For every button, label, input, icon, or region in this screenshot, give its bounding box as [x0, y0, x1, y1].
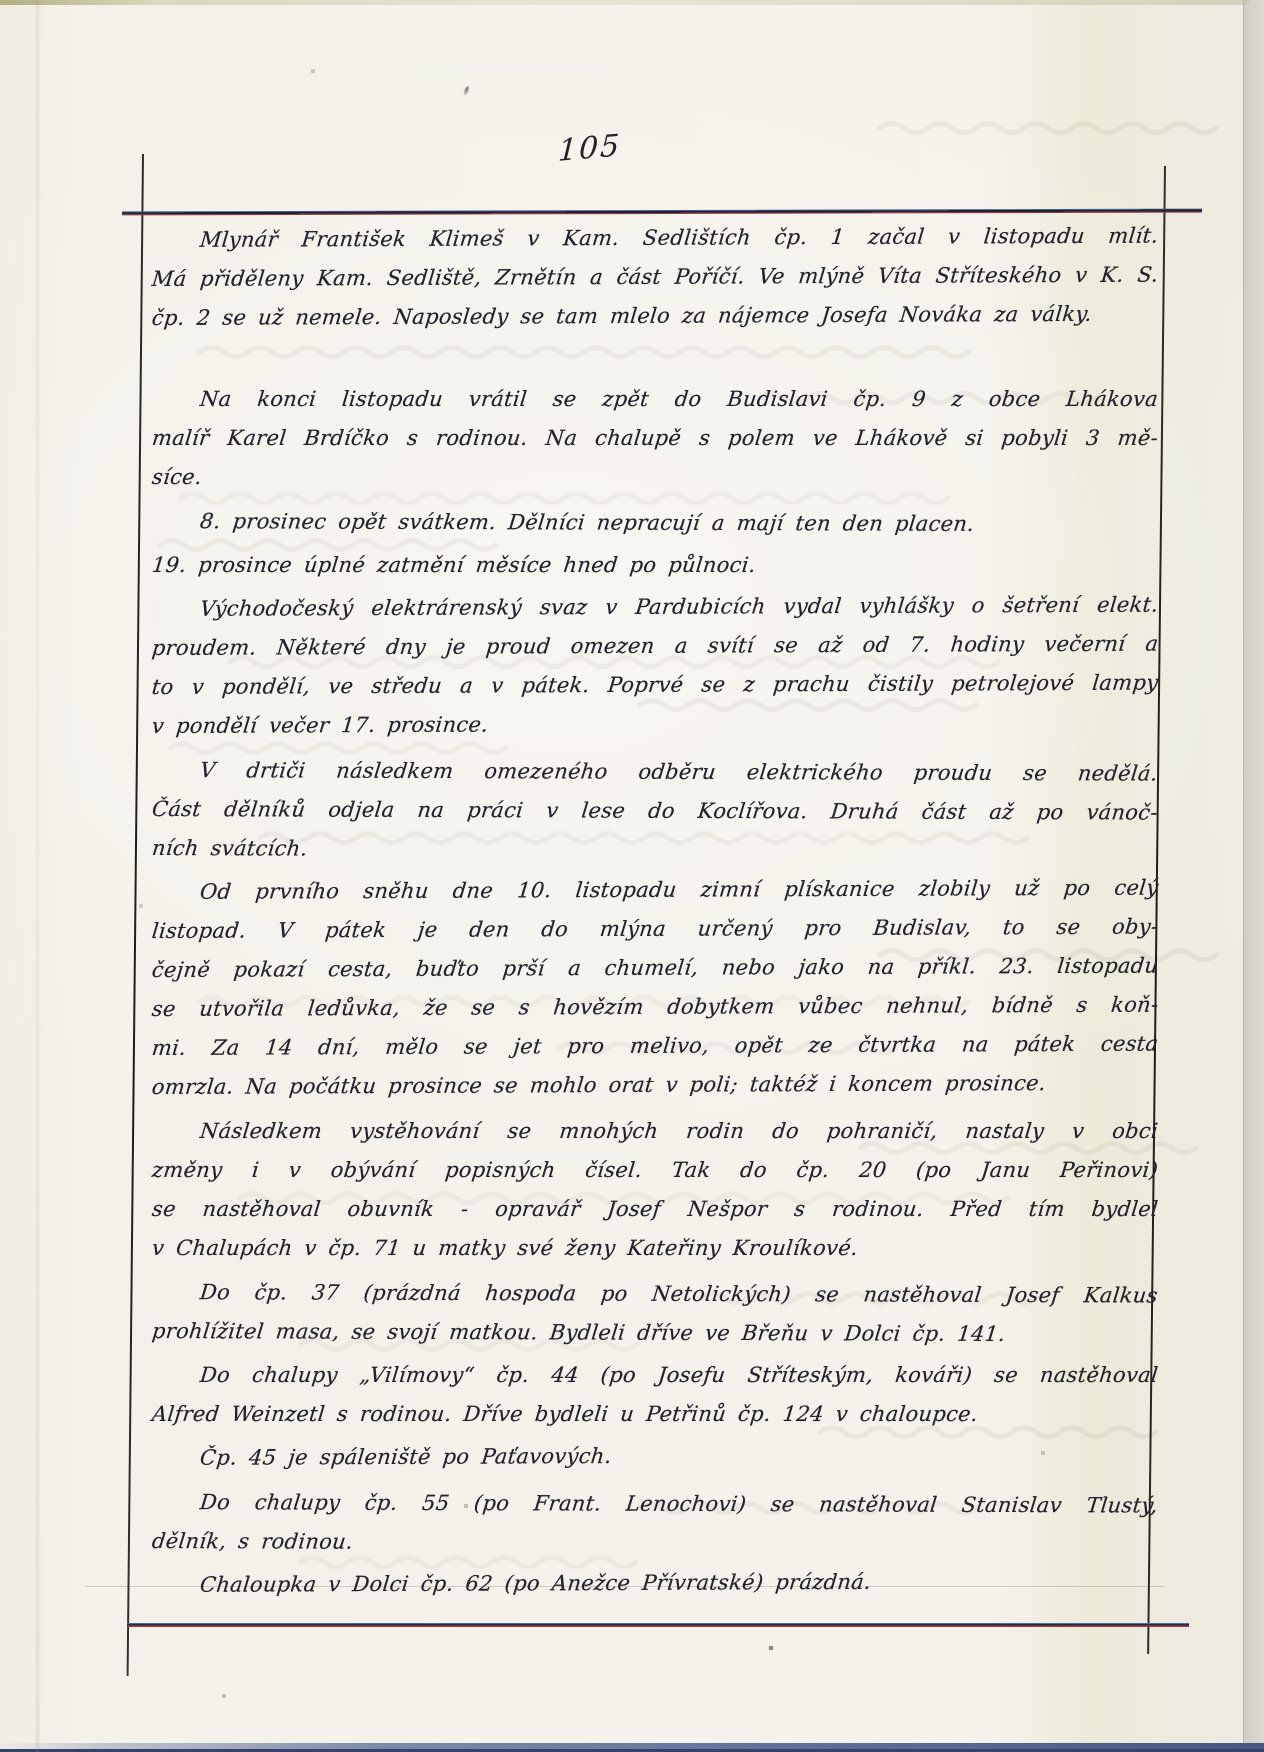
text-line: ních svátcích.	[150, 829, 1160, 872]
paragraph: Od prvního sněhu dne 10. listopadu zimní…	[150, 873, 1156, 1107]
scan-edge-right	[1243, 0, 1264, 1752]
paragraph: Na konci listopadu vrátil se zpět do Bud…	[150, 380, 1156, 497]
paragraph: V drtiči následkem omezeného odběru elek…	[150, 751, 1156, 868]
text-line: Mlynář František Klimeš v Kam. Sedlištíc…	[150, 217, 1160, 260]
text-line: proudem. Některé dny je proud omezen a s…	[150, 625, 1160, 668]
page-number: 105	[557, 131, 622, 167]
text-line: Následkem vystěhování se mnohých rodin d…	[150, 1112, 1160, 1151]
text-line: v pondělí večer 17. prosince.	[150, 703, 1160, 746]
paragraph: 8. prosinec opět svátkem. Dělníci neprac…	[150, 502, 1156, 541]
text-line: Do čp. 37 (prázdná hospoda po Netolickýc…	[150, 1273, 1160, 1316]
paragraph: Čp. 45 je spáleniště po Paťavových.	[150, 1439, 1156, 1478]
text-line: mi. Za 14 dní, mělo se jet pro melivo, o…	[150, 1025, 1160, 1068]
scan-edge-top	[0, 0, 1264, 5]
paragraph: Chaloupka v Dolci čp. 62 (po Anežce Přív…	[150, 1566, 1156, 1605]
text-line: malíř Karel Brdíčko s rodinou. Na chalup…	[150, 419, 1160, 458]
paragraph: Do chalupy „Vilímovy“ čp. 44 (po Josefu …	[150, 1356, 1156, 1434]
text-line: Na konci listopadu vrátil se zpět do Bud…	[150, 380, 1160, 419]
text-line: čp. 2 se už nemele. Naposledy se tam mle…	[150, 295, 1160, 338]
text-line: Východočeský elektrárenský svaz v Pardub…	[150, 586, 1160, 629]
text-line: Část dělníků odjela na práci v lese do K…	[150, 790, 1160, 833]
text-line: dělník, s rodinou.	[150, 1522, 1160, 1565]
text-line: Do chalupy „Vilímovy“ čp. 44 (po Josefu …	[150, 1356, 1160, 1395]
text-line: síce.	[150, 458, 1160, 497]
text-line: se utvořila ledůvka, že se s hovězím dob…	[150, 986, 1160, 1029]
paragraph: Do čp. 37 (prázdná hospoda po Netolickýc…	[150, 1273, 1156, 1351]
text-body: Mlynář František Klimeš v Kam. Sedlištíc…	[150, 221, 1156, 1610]
text-line: prohlížitel masa, se svojí matkou. Bydle…	[150, 1312, 1160, 1355]
paragraph: 19. prosince úplné zatmění měsíce hned p…	[150, 546, 1156, 585]
stray-ink-mark	[462, 85, 470, 97]
text-line: Alfred Weinzetl s rodinou. Dříve bydleli…	[150, 1395, 1160, 1434]
text-line: Chaloupka v Dolci čp. 62 (po Anežce Přív…	[150, 1562, 1160, 1605]
dust-specks	[0, 0, 2, 2]
text-line: čejně pokazí cesta, buďto prší a chumelí…	[150, 947, 1160, 990]
text-line: 8. prosinec opět svátkem. Dělníci neprac…	[150, 502, 1160, 545]
paragraph: Následkem vystěhování se mnohých rodin d…	[150, 1112, 1156, 1268]
text-line: v Chalupách v čp. 71 u matky své ženy Ka…	[150, 1229, 1160, 1268]
scanned-chronicle-page: 105 Mlynář František Klimeš v Kam. Sedli…	[0, 0, 1264, 1752]
text-line: Do chalupy čp. 55 (po Frant. Lenochovi) …	[150, 1483, 1160, 1526]
text-line: změny i v obývání popisných čísel. Tak d…	[150, 1151, 1160, 1190]
paper-crease	[36, 0, 39, 1752]
text-line: 19. prosince úplné zatmění měsíce hned p…	[150, 546, 1160, 585]
left-margin-rule	[127, 154, 144, 1676]
text-line: omrzla. Na počátku prosince se mohlo ora…	[150, 1064, 1160, 1107]
paragraph: Mlynář František Klimeš v Kam. Sedlištíc…	[150, 221, 1156, 338]
paragraph: Do chalupy čp. 55 (po Frant. Lenochovi) …	[150, 1483, 1156, 1561]
text-line: se nastěhoval obuvník - opravář Josef Ne…	[150, 1190, 1160, 1229]
text-line: Od prvního sněhu dne 10. listopadu zimní…	[150, 869, 1160, 912]
paragraph: Východočeský elektrárenský svaz v Pardub…	[150, 590, 1156, 746]
text-line: V drtiči následkem omezeného odběru elek…	[150, 751, 1160, 794]
text-line: to v pondělí, ve středu a v pátek. Poprv…	[150, 664, 1160, 707]
text-line: Má přiděleny Kam. Sedliště, Zrnětín a čá…	[150, 256, 1160, 299]
scan-edge-bottom	[0, 1743, 1264, 1752]
text-line: listopad. V pátek je den do mlýna určený…	[150, 908, 1160, 951]
top-header-rule	[122, 209, 1202, 216]
bottom-footer-rule	[127, 1623, 1189, 1627]
text-line: Čp. 45 je spáleniště po Paťavových.	[150, 1435, 1160, 1478]
